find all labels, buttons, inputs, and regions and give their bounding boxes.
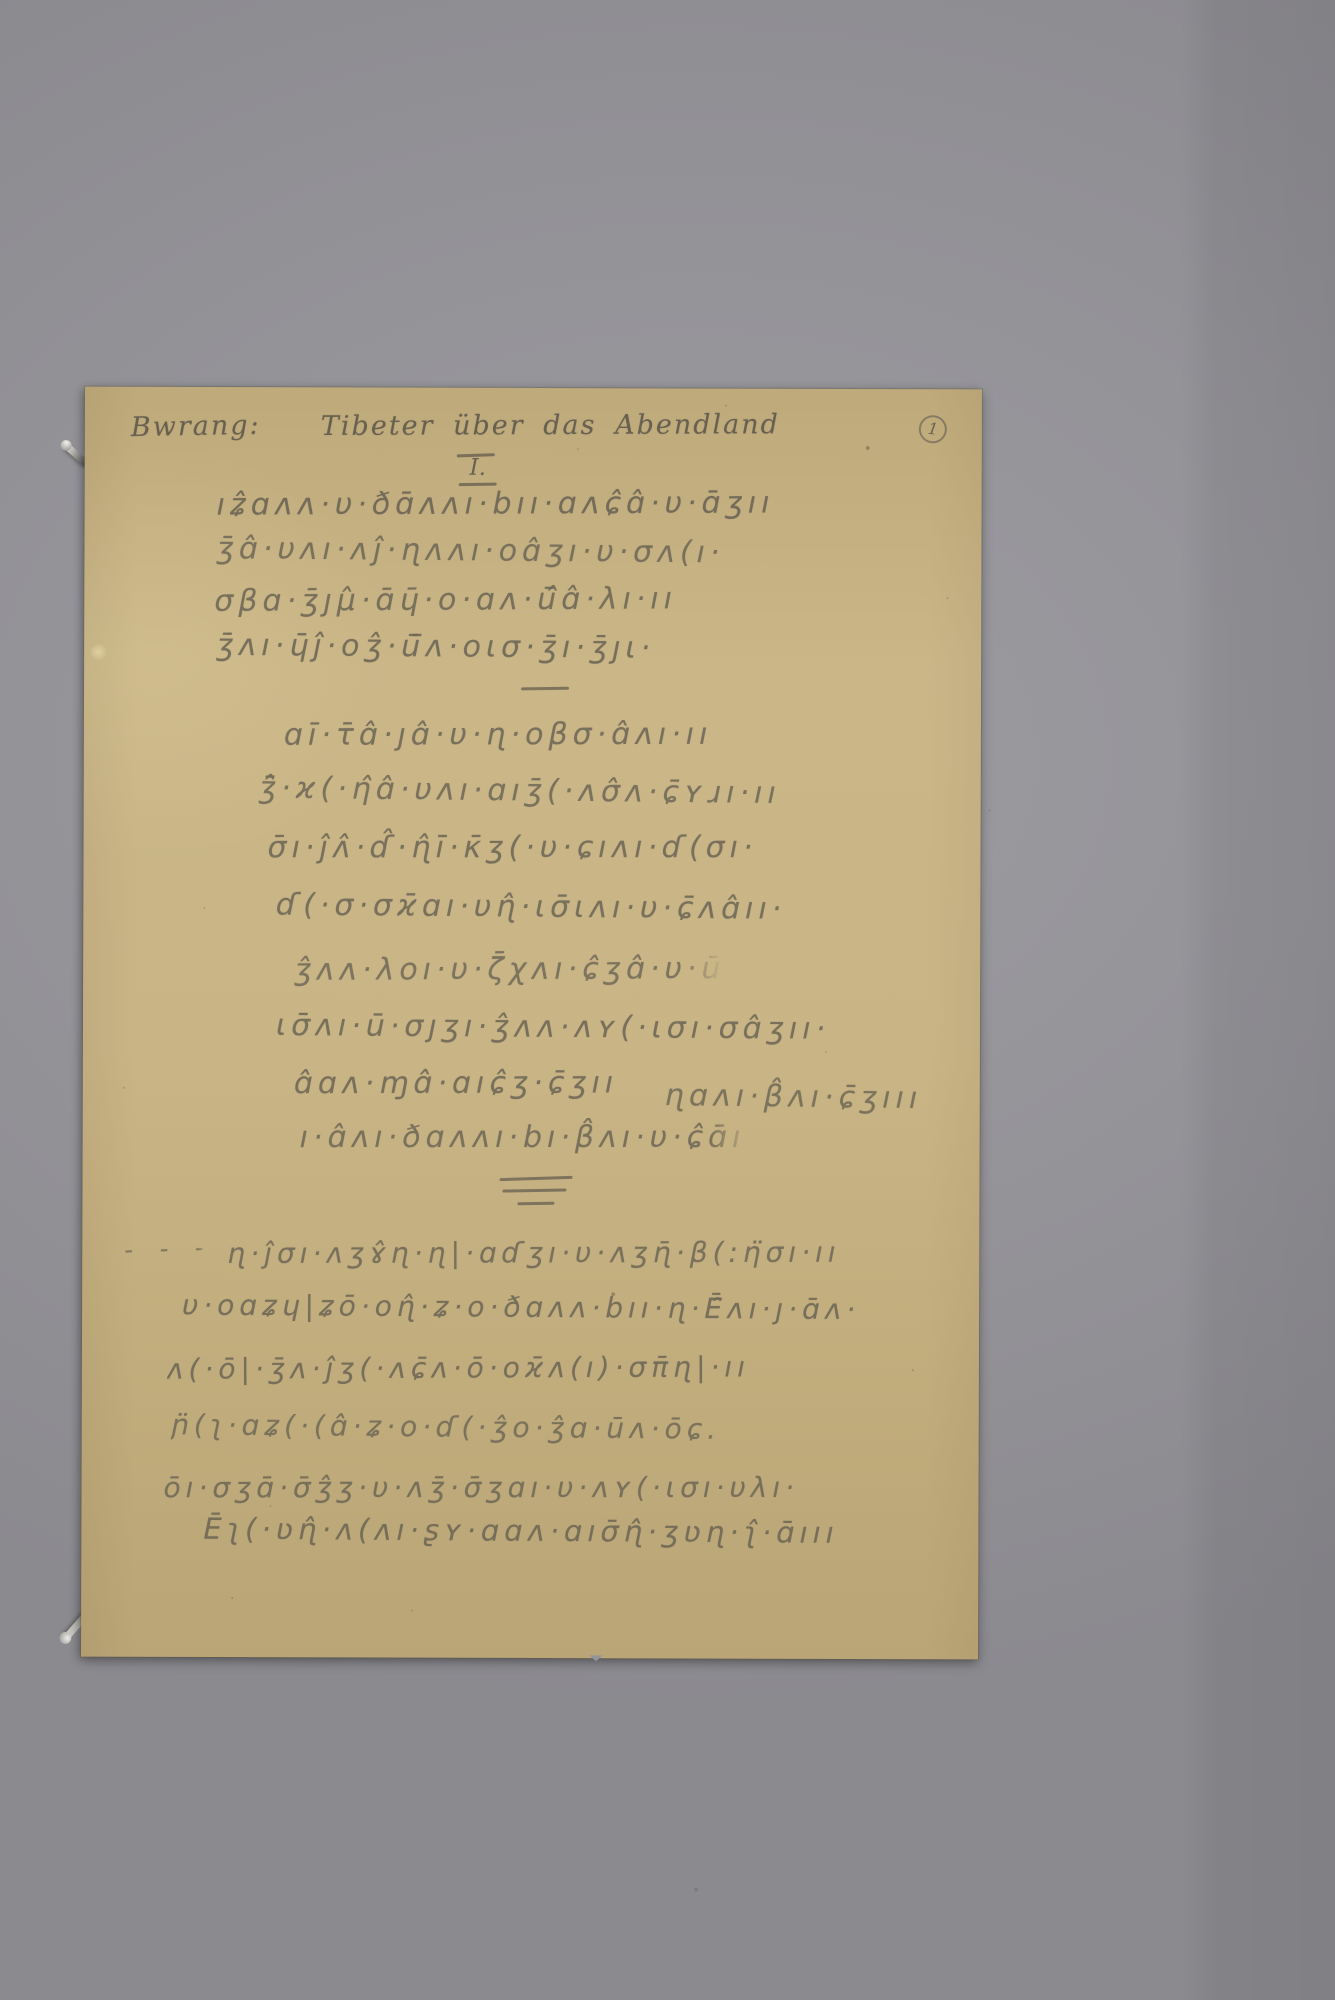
script-line-4: ʒ̄ʌı·ɥ̄ȷ̂·οʒ̂·ū̄ʌ·οισ·ʒ̄ı·ʒ̄ȷι· xyxy=(216,626,876,671)
separator-triple-dash-2 xyxy=(502,1188,566,1192)
script-line-12: ɳɑʌı·β̂ʌı·ɕ̄ʒııı xyxy=(665,1076,977,1120)
script-line-6: ʒ̄̂·ϰ(·η̂ɑ̂·υʌı·ɑıʒ̄(·ʌσ̂ʌ·ɕ̄ʏɹı·ıı xyxy=(259,769,964,817)
script-line-10: ισ̄ʌı·ū·σȷʒı·ʒ̂ʌʌ·ʌʏ(·ισı·σɑ̂ʒıı· xyxy=(276,1006,962,1051)
manuscript-sheet: Bwrang: Tibeter über das Abendland 1 I. … xyxy=(81,387,982,1660)
script-line-11: ɑ̂ɑʌ·ɱɑ̂·ɑıɕ̂ʒ·ɕ̄ʒıı xyxy=(294,1063,648,1104)
script-line-9: ʒ̂ʌʌ·λοı·υ·ζ̄χʌı·ɕ̂ʒɑ̂·υ·ū· xyxy=(294,949,724,991)
paper-blemish xyxy=(90,645,108,661)
paper-edge-notch xyxy=(589,1655,603,1661)
script-line-3: σβɑ·ʒ̄ȷμ̂·ɑ̄ɥ̄·ο·ɑʌ·ū̂ɑ̂·λı·ıı xyxy=(214,578,884,622)
script-line-14: - - - xyxy=(124,1232,207,1267)
paper-speckles xyxy=(85,387,87,389)
script-line-2: ʒ̄ɑ̂·υʌı·ʌȷ̂·ɳʌʌı·οɑ̂ʒı·υ·σʌ(ı· xyxy=(216,529,926,575)
manuscript-body: ıʑ̂ɑʌʌ·υ·ðɑ̄ʌʌı·bıı·ɑʌɕ̂ɑ̂·υ·ɑ̄ʒııʒ̄ɑ̂·υ… xyxy=(85,387,982,390)
separator-triple-dash-1 xyxy=(499,1176,572,1181)
separator-triple-dash-3 xyxy=(517,1202,554,1205)
script-line-17: ʌ(·ō|·ʒ̄ʌ·ȷ̂ʒ(·ʌɕ̄ʌ·ō·οϰ̄ʌ(ı)·σπ̄ɳ|·ıı xyxy=(167,1348,972,1389)
script-line-13: ı·ɑ̂ʌı·ðɑʌʌı·bı·β̂ʌı·υ·ɕ̂ɑ̄ı xyxy=(300,1118,756,1159)
page-number-circled: 1 xyxy=(917,413,949,445)
script-line-16: υ·οɑʑɥ|ʑō·οɳ̂·ʑ·ο·ðɑʌʌ·bıı·ɳ·Ē̂ʌı·ȷ·ɑ̄ʌ· xyxy=(182,1287,977,1330)
script-line-18: ɲ̈(ʅ·ɑʑ(·(ɑ̂·ʑ·ο·ɗ(·ʒ̂ο·ʒ̂ɑ·ūʌ·ōɕ. xyxy=(171,1406,823,1449)
script-line-8: ɗ(·σ·σϰ̄ɑı·υɳ̂·ισ̄ιʌı·υ·ɕ̄ʌɑ̂ıı· xyxy=(276,885,932,931)
script-line-19: ōı·σʒɑ̄·σ̄ʒ̂ʒ·υ·ʌʒ̄·σ̄ʒɑı·υ·ʌʏ(·ισı·υλı· xyxy=(164,1469,962,1507)
script-line-7: σ̄ı·ȷ̂ʌ̂·ɗ̂·ɳ̂ī·κ̄ʒ(·υ·ɕıʌı·ɗ(σı· xyxy=(268,828,900,869)
numeral-text: I. xyxy=(455,455,501,481)
script-line-20: Ēʅ(·ʋɳ̂·ʌ(ʌı·ʂʏ·ɑɑʌ·ɑıσ̄ɳ̂·ʒʋɳ·ʅ̂·ɑ̄ııı xyxy=(203,1510,975,1554)
header-author-label: Bwrang: xyxy=(131,410,261,443)
separator-single-dash xyxy=(521,687,569,690)
photo-background: Bwrang: Tibeter über das Abendland 1 I. … xyxy=(0,0,1335,2000)
script-line-15: ɳ·ȷ̂σı·ʌʒɤ̂ɳ·ɳ|·ɑɗʒı·υ·ʌʒɳ̄·β(:η̈σı·ıı xyxy=(227,1233,977,1272)
script-line-1: ıʑ̂ɑʌʌ·υ·ðɑ̄ʌʌı·bıı·ɑʌɕ̂ɑ̂·υ·ɑ̄ʒıı xyxy=(217,483,962,526)
script-line-5: ɑī·τ̄ɑ̂·ȷɑ̂·υ·ɳ·οβσ·ɑ̂ʌı·ıı xyxy=(284,715,864,757)
header-title: Tibeter über das Abendland xyxy=(321,409,780,442)
